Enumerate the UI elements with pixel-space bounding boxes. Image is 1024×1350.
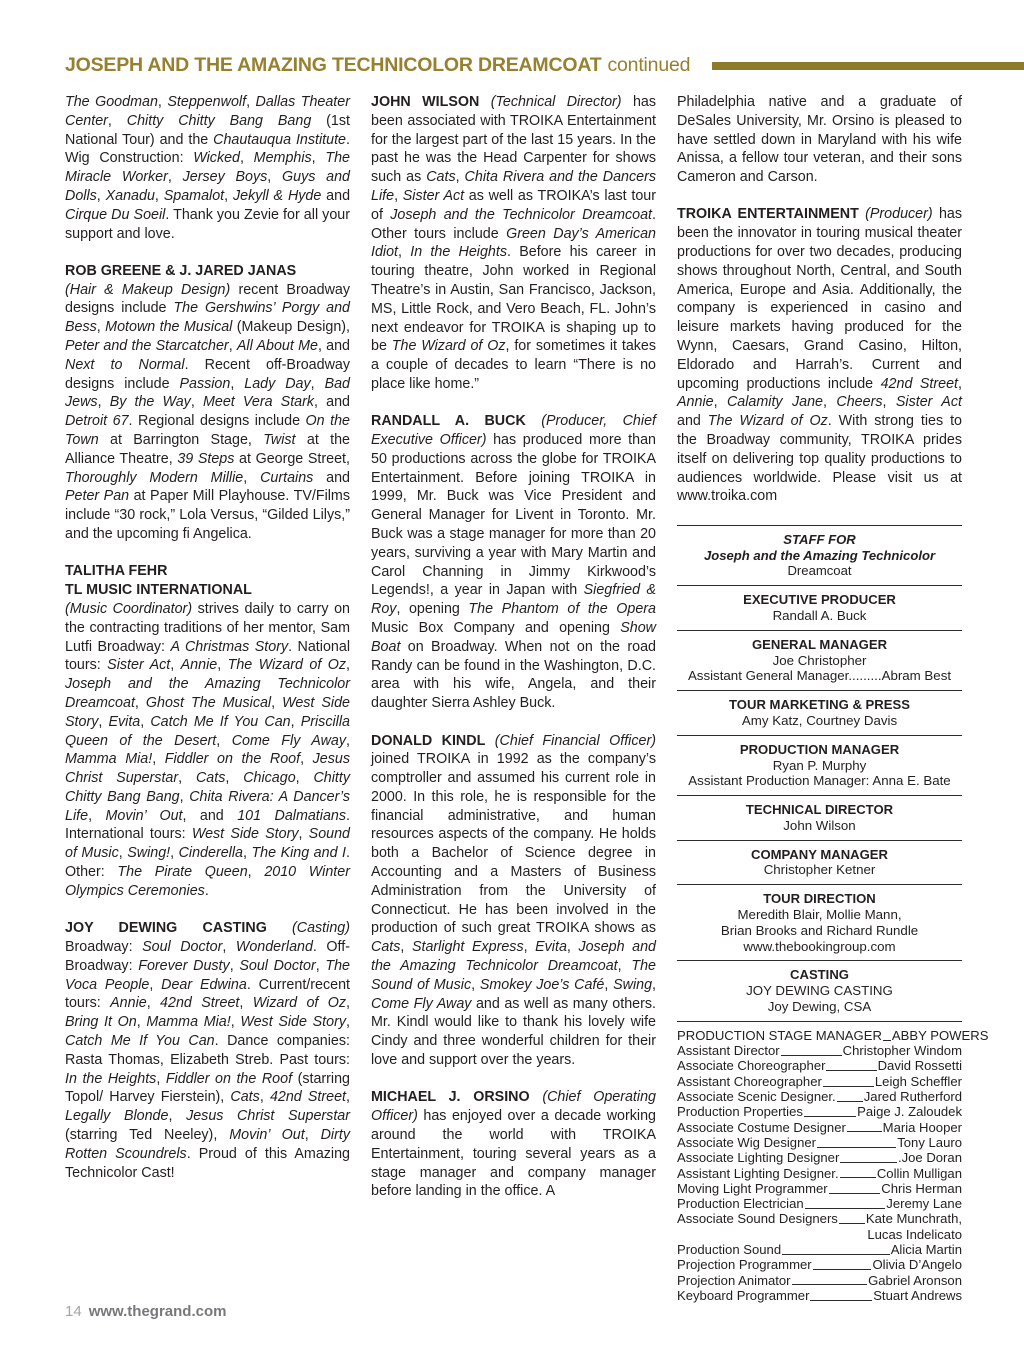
staff-section-heading: EXECUTIVE PRODUCER bbox=[677, 592, 962, 608]
credit-leader bbox=[782, 1254, 890, 1255]
credit-name: Olivia D’Angelo bbox=[872, 1257, 962, 1272]
text-run: Jersey Boys bbox=[183, 169, 268, 185]
text-run: DONALD KINDL bbox=[371, 733, 485, 749]
credit-row: Production SoundAlicia Martin bbox=[677, 1242, 962, 1257]
text-run: JOY DEWING CASTING bbox=[65, 920, 267, 936]
text-run: , bbox=[88, 808, 105, 824]
staff-section-heading: GENERAL MANAGER bbox=[677, 637, 962, 653]
text-run: Fiddler on the Roof bbox=[166, 1071, 292, 1087]
staff-line: Joe Christopher bbox=[677, 653, 962, 669]
credit-row: Projection AnimatorGabriel Aronson bbox=[677, 1273, 962, 1288]
text-run: Smokey Joe’s Café bbox=[480, 977, 604, 993]
text-run: In the Heights bbox=[65, 1071, 156, 1087]
text-run: Cheers bbox=[836, 394, 882, 410]
divider-rule bbox=[677, 840, 962, 841]
text-run: Annie bbox=[677, 394, 714, 410]
staff-line: Ryan P. Murphy bbox=[677, 758, 962, 774]
staff-line: John Wilson bbox=[677, 818, 962, 834]
paragraph: MICHAEL J. ORSINO (Chief Operating Offic… bbox=[371, 1088, 656, 1201]
text-run: , bbox=[137, 1014, 147, 1030]
text-run: Twist bbox=[263, 432, 295, 448]
staff-line: Assistant General Manager.........Abram … bbox=[677, 668, 962, 684]
text-run: TROIKA ENTERTAINMENT bbox=[677, 206, 859, 222]
text-run: JOHN WILSON bbox=[371, 94, 479, 110]
credit-name: Maria Hooper bbox=[883, 1120, 962, 1135]
text-run: Curtains bbox=[260, 470, 313, 486]
text-run: , bbox=[243, 470, 260, 486]
credit-leader bbox=[840, 1162, 897, 1163]
text-run: Philadelphia native and a graduate of De… bbox=[677, 94, 962, 185]
credit-leader bbox=[805, 1208, 886, 1209]
credit-name: Gabriel Aronson bbox=[868, 1273, 962, 1288]
page-footer: 14www.thegrand.com bbox=[65, 1303, 226, 1320]
text-run: The Pirate Queen bbox=[117, 864, 247, 880]
text-run: , opening bbox=[396, 601, 468, 617]
text-run: , bbox=[230, 376, 244, 392]
text-run bbox=[479, 94, 490, 110]
credit-name: Stuart Andrews bbox=[873, 1288, 962, 1303]
text-run: , bbox=[98, 394, 110, 410]
credit-leader bbox=[817, 1147, 896, 1148]
text-run: Jekyll & Hyde bbox=[233, 188, 321, 204]
text-run: , bbox=[567, 939, 579, 955]
text-run: , bbox=[400, 939, 412, 955]
text-run: RANDALL A. BUCK bbox=[371, 413, 526, 429]
credit-name: Tony Lauro bbox=[897, 1135, 962, 1150]
text-run: , bbox=[119, 845, 127, 861]
text-run: 39 Steps bbox=[177, 451, 234, 467]
text-run: , bbox=[97, 188, 106, 204]
text-run: Dear Edwina bbox=[161, 977, 247, 993]
text-run: , bbox=[168, 169, 183, 185]
credit-row: PRODUCTION STAGE MANAGERABBY POWERS bbox=[677, 1028, 962, 1043]
text-run bbox=[485, 733, 494, 749]
text-run: Catch Me If You Can bbox=[150, 714, 290, 730]
staff-line: Assistant Production Manager: Anna E. Ba… bbox=[677, 773, 962, 789]
text-run: Come Fly Away bbox=[232, 733, 346, 749]
page-title-text: JOSEPH AND THE AMAZING TECHNICOLOR DREAM… bbox=[65, 54, 601, 76]
text-run: , bbox=[248, 864, 265, 880]
bio-heading: TALITHA FEHR bbox=[65, 562, 350, 581]
text-run: , bbox=[225, 770, 243, 786]
text-run: , bbox=[316, 958, 326, 974]
credit-role: Associate Scenic Designer. bbox=[677, 1089, 836, 1104]
text-run: Cats bbox=[196, 770, 225, 786]
text-run: , bbox=[618, 958, 632, 974]
credit-leader bbox=[837, 1101, 863, 1102]
credit-role: Assistant Director bbox=[677, 1043, 780, 1058]
text-run bbox=[267, 920, 292, 936]
text-run: , bbox=[305, 1127, 321, 1143]
staff-section-heading: TOUR DIRECTION bbox=[677, 891, 962, 907]
text-run: , and bbox=[314, 394, 350, 410]
text-run: has been the innovator in touring musica… bbox=[677, 206, 962, 391]
staff-section-heading: TOUR MARKETING & PRESS bbox=[677, 697, 962, 713]
text-run: Broadway: bbox=[65, 939, 142, 955]
paragraph: Philadelphia native and a graduate of De… bbox=[677, 93, 962, 187]
credit-leader bbox=[847, 1131, 882, 1132]
credit-name: Jeremy Lane bbox=[886, 1196, 962, 1211]
text-run: Peter Pan bbox=[65, 488, 129, 504]
text-run: Passion bbox=[179, 376, 230, 392]
text-run: 101 Dalmatians bbox=[237, 808, 346, 824]
divider-rule bbox=[677, 525, 962, 526]
text-run: 42nd Street bbox=[270, 1089, 346, 1105]
text-run: , and bbox=[183, 808, 238, 824]
paragraph: RANDALL A. BUCK (Producer, Chief Executi… bbox=[371, 412, 656, 713]
credit-role: Production Properties bbox=[677, 1104, 803, 1119]
staff-title-line: Joseph and the Amazing Technicolor Dream… bbox=[677, 548, 962, 580]
credit-role: Projection Animator bbox=[677, 1273, 791, 1288]
text-run: TALITHA FEHR bbox=[65, 563, 167, 579]
paragraph: (Hair & Makeup Design) recent Broadway d… bbox=[65, 281, 350, 544]
credit-leader bbox=[840, 1177, 876, 1178]
text-run: and bbox=[677, 413, 708, 429]
text-run: Mamma Mia! bbox=[65, 751, 152, 767]
text-run: Sister Act bbox=[107, 657, 170, 673]
bio-heading: ROB GREENE & J. JARED JANAS bbox=[65, 262, 350, 281]
text-run: Catch Me If You Can bbox=[65, 1033, 215, 1049]
text-run: , bbox=[170, 845, 178, 861]
paragraph: (Music Coordinator) strives daily to car… bbox=[65, 600, 350, 901]
text-run: Jesus Christ Superstar bbox=[186, 1108, 350, 1124]
text-run: Thoroughly Modern Millie bbox=[65, 470, 243, 486]
text-run: Fiddler on the Roof bbox=[165, 751, 300, 767]
text-run: Wonderland bbox=[236, 939, 313, 955]
credit-name: Alicia Martin bbox=[891, 1242, 962, 1257]
text-run: Spamalot bbox=[164, 188, 224, 204]
credit-leader bbox=[826, 1070, 876, 1071]
credit-name: .Joe Doran bbox=[898, 1150, 962, 1165]
text-run: (starring Ted Neeley), bbox=[65, 1127, 229, 1143]
text-run: , bbox=[299, 826, 309, 842]
credit-row: Keyboard ProgrammerStuart Andrews bbox=[677, 1288, 962, 1303]
text-run: Soul Doctor bbox=[239, 958, 315, 974]
text-run: , and bbox=[318, 338, 350, 354]
staff-line: www.thebookingroup.com bbox=[677, 939, 962, 955]
text-run: at George Street, bbox=[234, 451, 350, 467]
divider-rule bbox=[677, 795, 962, 796]
credit-leader bbox=[829, 1193, 881, 1194]
gold-divider-bar bbox=[712, 62, 1024, 70]
text-run: Swing bbox=[613, 977, 652, 993]
text-run: , bbox=[246, 94, 255, 110]
staff-line: Brian Brooks and Richard Rundle bbox=[677, 923, 962, 939]
credit-row: Associate Sound DesignersKate Munchrath, bbox=[677, 1211, 962, 1226]
credit-role: Production Electrician bbox=[677, 1196, 804, 1211]
text-run: Annie bbox=[110, 995, 147, 1011]
text-run: , bbox=[97, 319, 105, 335]
staff-line: Meredith Blair, Mollie Mann, bbox=[677, 907, 962, 923]
text-run: The Wizard of Oz bbox=[708, 413, 828, 429]
divider-rule bbox=[677, 585, 962, 586]
text-run: Motown the Musical bbox=[105, 319, 232, 335]
text-run: Lady Day bbox=[244, 376, 310, 392]
text-run: Sister Act bbox=[896, 394, 962, 410]
continued-label: continued bbox=[607, 54, 690, 76]
credit-role: Associate Costume Designer bbox=[677, 1120, 846, 1135]
text-run: Chicago bbox=[243, 770, 295, 786]
text-run: Soul Doctor bbox=[142, 939, 222, 955]
text-run: The Wizard of Oz bbox=[228, 657, 346, 673]
text-run: All About Me bbox=[237, 338, 318, 354]
column-1: The Goodman, Steppenwolf, Dallas Theater… bbox=[65, 93, 350, 1303]
credit-leader bbox=[804, 1116, 856, 1117]
credit-leader bbox=[813, 1269, 872, 1270]
divider-rule bbox=[677, 735, 962, 736]
text-run: , bbox=[191, 394, 203, 410]
text-run: Ghost The Musical bbox=[146, 695, 271, 711]
text-run: The Wizard of Oz bbox=[392, 338, 506, 354]
credit-row: Production ElectricianJeremy Lane bbox=[677, 1196, 962, 1211]
text-run: has produced more than 50 productions ac… bbox=[371, 432, 656, 598]
credit-role: Assistant Choreographer bbox=[677, 1074, 822, 1089]
text-run: , bbox=[346, 1089, 350, 1105]
page-header: JOSEPH AND THE AMAZING TECHNICOLOR DREAM… bbox=[0, 0, 1024, 77]
credit-row: Associate Lighting Designer.Joe Doran bbox=[677, 1150, 962, 1165]
text-run: , bbox=[267, 169, 282, 185]
credit-role: PRODUCTION STAGE MANAGER bbox=[677, 1028, 882, 1043]
text-run: , bbox=[147, 995, 160, 1011]
text-run: , bbox=[714, 394, 727, 410]
staff-line: JOY DEWING CASTING bbox=[677, 983, 962, 999]
text-run: ROB GREENE & J. JARED JANAS bbox=[65, 263, 296, 279]
staff-title-line: STAFF FOR bbox=[677, 532, 962, 548]
text-run: , bbox=[178, 770, 196, 786]
text-run: , bbox=[271, 695, 282, 711]
credit-role: Associate Lighting Designer bbox=[677, 1150, 839, 1165]
text-run: , bbox=[98, 714, 108, 730]
text-run: (Hair & Makeup Design) bbox=[65, 282, 230, 298]
text-run: Wizard of Oz bbox=[253, 995, 346, 1011]
credit-leader bbox=[781, 1055, 842, 1056]
staff-section-heading: TECHNICAL DIRECTOR bbox=[677, 802, 962, 818]
text-run: Movin’ Out bbox=[105, 808, 182, 824]
text-run: Meet Vera Stark bbox=[203, 394, 314, 410]
credit-role: Assistant Lighting Designer. bbox=[677, 1166, 839, 1181]
text-run bbox=[526, 413, 541, 429]
text-run: , bbox=[346, 657, 350, 673]
text-run: West Side Story bbox=[192, 826, 299, 842]
text-run: Cats bbox=[426, 169, 455, 185]
page-title: JOSEPH AND THE AMAZING TECHNICOLOR DREAM… bbox=[65, 54, 690, 77]
credit-name: Lucas Indelicato bbox=[867, 1227, 962, 1242]
text-run: Cats bbox=[371, 939, 400, 955]
text-run: , bbox=[652, 977, 656, 993]
credit-row: Lucas Indelicato bbox=[677, 1227, 962, 1242]
text-run: and bbox=[313, 470, 350, 486]
paragraph: JOHN WILSON (Technical Director) has bee… bbox=[371, 93, 656, 394]
text-run: joined TROIKA in 1992 as the company’s c… bbox=[371, 751, 656, 936]
text-run: , bbox=[346, 995, 350, 1011]
credit-name: ABBY POWERS bbox=[892, 1028, 989, 1043]
text-run: , bbox=[604, 977, 613, 993]
text-run: , bbox=[155, 188, 164, 204]
text-run: (Chief Financial Officer) bbox=[495, 733, 656, 749]
text-run: A Christmas Story bbox=[170, 639, 288, 655]
text-run: Steppenwolf bbox=[167, 94, 246, 110]
credit-name: Leigh Scheffler bbox=[875, 1074, 962, 1089]
text-run: , bbox=[231, 1014, 241, 1030]
text-run: MICHAEL J. ORSINO bbox=[371, 1089, 530, 1105]
text-run: (Technical Director) bbox=[491, 94, 622, 110]
text-run: Evita bbox=[108, 714, 140, 730]
text-run: , bbox=[260, 1089, 270, 1105]
text-run: (Music Coordinator) bbox=[65, 601, 192, 617]
text-run: , bbox=[394, 188, 403, 204]
staff-line: Christopher Ketner bbox=[677, 862, 962, 878]
text-run bbox=[530, 1089, 543, 1105]
text-run: , bbox=[882, 394, 895, 410]
credit-leader bbox=[792, 1284, 868, 1285]
credit-name: Collin Mulligan bbox=[877, 1166, 962, 1181]
text-run: , bbox=[180, 789, 190, 805]
credit-leader bbox=[823, 1086, 874, 1087]
text-run: The King and I bbox=[251, 845, 346, 861]
credit-row: Associate Scenic Designer.Jared Rutherfo… bbox=[677, 1089, 962, 1104]
text-run: Next to Normal bbox=[65, 357, 185, 373]
text-run: , bbox=[217, 657, 227, 673]
text-run: Memphis bbox=[254, 150, 312, 166]
credit-leader bbox=[883, 1040, 891, 1041]
text-run: . Regional designs include bbox=[129, 413, 306, 429]
text-run: Calamity Jane bbox=[727, 394, 823, 410]
credit-role: Associate Choreographer bbox=[677, 1058, 825, 1073]
text-run: Joseph and the Technicolor Dreamcoat bbox=[390, 207, 652, 223]
credit-name: Christopher Windom bbox=[843, 1043, 962, 1058]
text-run: Cats bbox=[230, 1089, 259, 1105]
credit-row: Associate ChoreographerDavid Rossetti bbox=[677, 1058, 962, 1073]
text-run: at Barrington Stage, bbox=[99, 432, 264, 448]
text-run: , bbox=[456, 169, 465, 185]
text-run: , bbox=[240, 150, 254, 166]
text-run: Cinderella bbox=[179, 845, 243, 861]
text-run: , bbox=[471, 977, 480, 993]
text-run: , bbox=[296, 770, 314, 786]
credit-name: Jared Rutherford bbox=[864, 1089, 962, 1104]
text-run: , bbox=[156, 1071, 166, 1087]
divider-rule bbox=[677, 884, 962, 885]
divider-rule bbox=[677, 1021, 962, 1022]
column-3: Philadelphia native and a graduate of De… bbox=[677, 93, 962, 1303]
text-run: . bbox=[205, 883, 209, 899]
staff-line: Randall A. Buck bbox=[677, 608, 962, 624]
credit-leader bbox=[839, 1223, 865, 1224]
text-run: Chautauqua Institute bbox=[213, 132, 346, 148]
credit-role: Projection Programmer bbox=[677, 1257, 812, 1272]
credit-name: Chris Herman bbox=[881, 1181, 962, 1196]
text-run: By the Way bbox=[110, 394, 191, 410]
credit-leader bbox=[810, 1300, 872, 1301]
text-run: and bbox=[321, 188, 350, 204]
text-run: , bbox=[311, 376, 325, 392]
text-run: , bbox=[158, 94, 167, 110]
text-run: , bbox=[224, 188, 233, 204]
credit-row: Assistant Lighting Designer.Collin Mulli… bbox=[677, 1166, 962, 1181]
staff-section-heading: PRODUCTION MANAGER bbox=[677, 742, 962, 758]
divider-rule bbox=[677, 690, 962, 691]
text-run: Cirque Du Soeil bbox=[65, 207, 165, 223]
text-run: Sister Act bbox=[403, 188, 464, 204]
text-run: , bbox=[108, 113, 127, 129]
text-run: Chitty Chitty Bang Bang bbox=[127, 113, 312, 129]
text-run: , bbox=[149, 977, 161, 993]
text-run: Peter and the Starcatcher bbox=[65, 338, 229, 354]
text-run: on Broadway. When not on the road Randy … bbox=[371, 639, 656, 711]
text-run: The Phantom of the Opera bbox=[468, 601, 656, 617]
credit-row: Moving Light ProgrammerChris Herman bbox=[677, 1181, 962, 1196]
text-run: 42nd Street bbox=[881, 376, 958, 392]
text-run: , bbox=[291, 714, 301, 730]
text-run: , bbox=[170, 657, 180, 673]
column-2: JOHN WILSON (Technical Director) has bee… bbox=[371, 93, 656, 1303]
text-run: , bbox=[524, 939, 536, 955]
paragraph: DONALD KINDL (Chief Financial Officer) j… bbox=[371, 732, 656, 1070]
text-run: , bbox=[958, 376, 962, 392]
staff-section-heading: COMPANY MANAGER bbox=[677, 847, 962, 863]
credit-role: Moving Light Programmer bbox=[677, 1181, 828, 1196]
divider-rule bbox=[677, 960, 962, 961]
text-run: , bbox=[222, 939, 236, 955]
credit-name: Kate Munchrath, bbox=[866, 1211, 962, 1226]
text-run: , bbox=[346, 733, 350, 749]
text-run: , bbox=[398, 244, 410, 260]
text-run: Wicked bbox=[193, 150, 240, 166]
text-run: , bbox=[168, 1108, 186, 1124]
credit-row: Assistant DirectorChristopher Windom bbox=[677, 1043, 962, 1058]
text-run: Detroit 67 bbox=[65, 413, 129, 429]
credit-name: David Rossetti bbox=[878, 1058, 962, 1073]
text-run: Bring It On bbox=[65, 1014, 137, 1030]
credit-role: Associate Sound Designers bbox=[677, 1211, 838, 1226]
credit-row: Associate Wig DesignerTony Lauro bbox=[677, 1135, 962, 1150]
credit-role: Production Sound bbox=[677, 1242, 781, 1257]
text-run: Joseph and the Amazing Technicolor bbox=[704, 548, 935, 563]
article-columns: The Goodman, Steppenwolf, Dallas Theater… bbox=[65, 93, 962, 1303]
paragraph: JOY DEWING CASTING (Casting) Broadway: S… bbox=[65, 919, 350, 1182]
text-run: Movin’ Out bbox=[229, 1127, 304, 1143]
text-run: 42nd Street bbox=[160, 995, 239, 1011]
paragraph: The Goodman, Steppenwolf, Dallas Theater… bbox=[65, 93, 350, 243]
text-run: , bbox=[229, 338, 237, 354]
credit-row: Assistant ChoreographerLeigh Scheffler bbox=[677, 1074, 962, 1089]
paragraph: TROIKA ENTERTAINMENT (Producer) has been… bbox=[677, 205, 962, 506]
divider-rule bbox=[677, 630, 962, 631]
text-run: , bbox=[239, 995, 252, 1011]
text-run: West Side Story bbox=[240, 1014, 346, 1030]
text-run: (Producer) bbox=[865, 206, 933, 222]
text-run: , bbox=[300, 751, 313, 767]
credit-name: Paige J. Zaloudek bbox=[857, 1104, 962, 1119]
text-run: Annie bbox=[181, 657, 218, 673]
text-run: , bbox=[140, 714, 150, 730]
text-run: The Goodman bbox=[65, 94, 158, 110]
staff-line: Amy Katz, Courtney Davis bbox=[677, 713, 962, 729]
site-url: www.thegrand.com bbox=[89, 1303, 227, 1320]
credit-row: Production PropertiesPaige J. Zaloudek bbox=[677, 1104, 962, 1119]
text-run: Forever Dusty bbox=[138, 958, 229, 974]
text-run: Evita bbox=[535, 939, 567, 955]
text-run: , bbox=[216, 733, 231, 749]
text-run: , bbox=[312, 150, 326, 166]
page-number: 14 bbox=[65, 1303, 82, 1320]
program-page: JOSEPH AND THE AMAZING TECHNICOLOR DREAM… bbox=[0, 0, 1024, 1350]
text-run: , bbox=[135, 695, 146, 711]
credit-role: Keyboard Programmer bbox=[677, 1288, 809, 1303]
text-run: , bbox=[823, 394, 836, 410]
text-run: Come Fly Away bbox=[371, 996, 471, 1012]
text-run: Legally Blonde bbox=[65, 1108, 168, 1124]
